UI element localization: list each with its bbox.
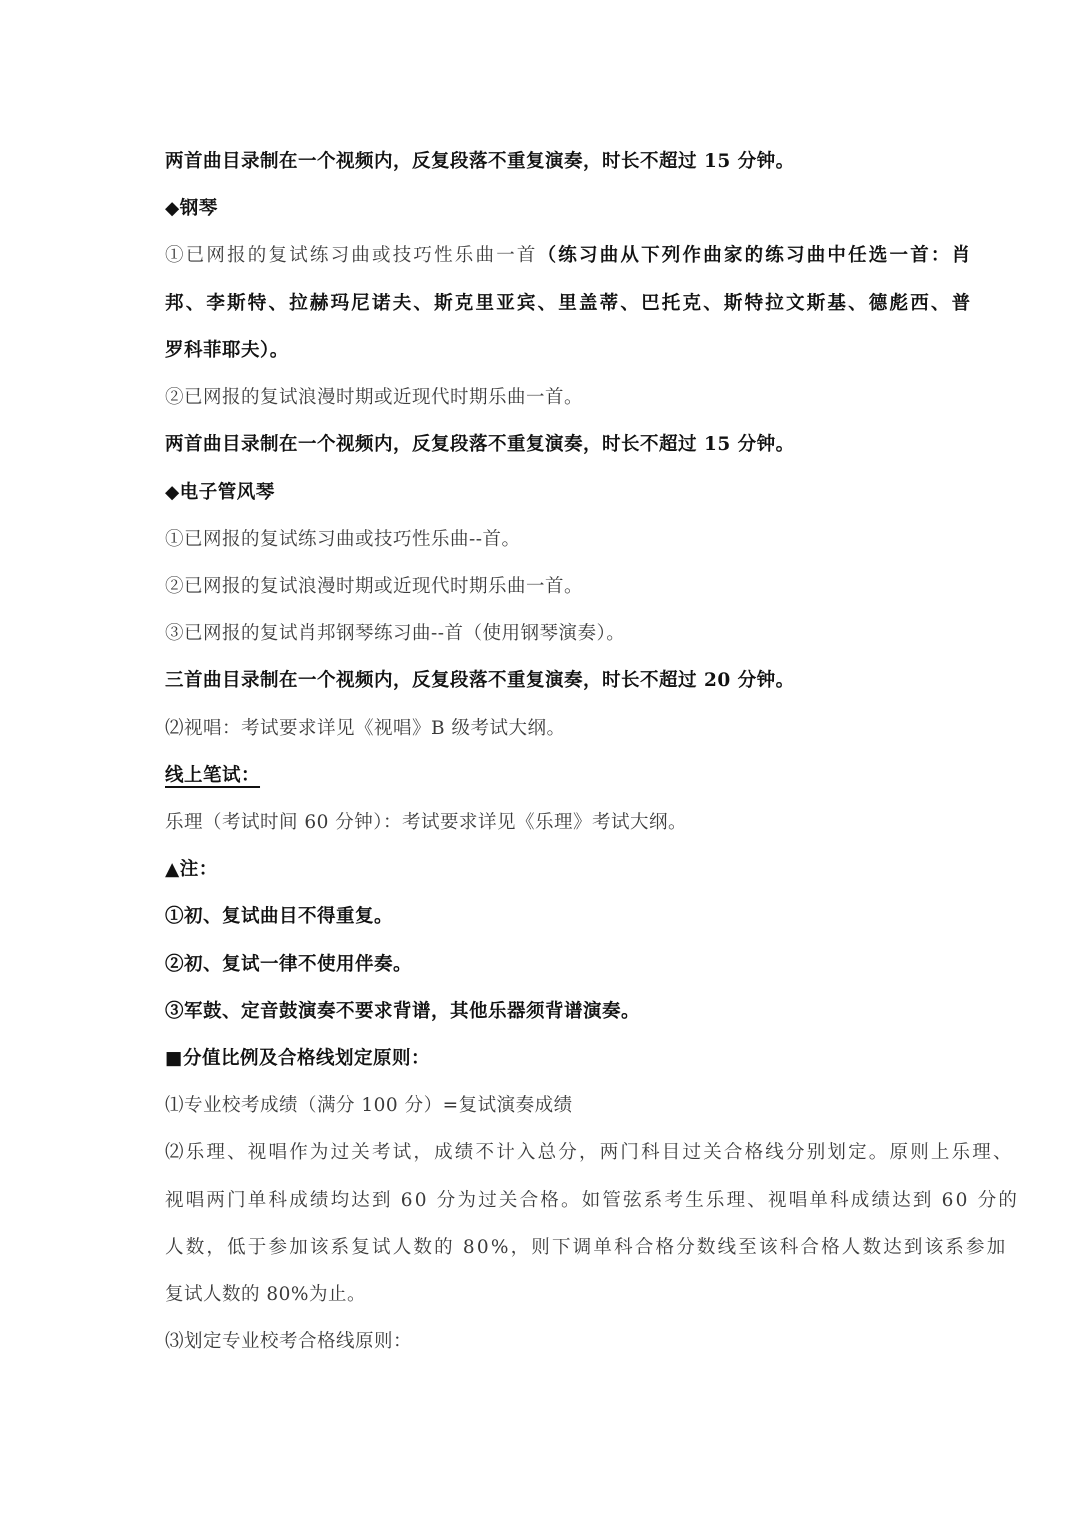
- organ-duration-note: 三首曲目录制在一个视频内，反复段落不重复演奏，时长不超过 20 分钟。: [165, 669, 925, 693]
- scoring-rule-2-line-2: 视唱两门单科成绩均达到 60 分为过关合格。如管弦系考生乐理、视唱单科成绩达到 …: [165, 1189, 925, 1213]
- piano-composers-list: 邦、李斯特、拉赫玛尼诺夫、斯克里亚宾、里盖蒂、巴托克、斯特拉文斯基、德彪西、普: [165, 292, 925, 316]
- piano-duration-note-2: 两首曲目录制在一个视频内，反复段落不重复演奏，时长不超过 15 分钟。: [165, 433, 925, 457]
- scoring-principles-heading: ■分值比例及合格线划定原则：: [165, 1047, 925, 1071]
- section-heading-piano: ◆钢琴: [165, 197, 925, 221]
- scoring-rule-1: ⑴专业校考成绩（满分 100 分）=复试演奏成绩: [165, 1094, 925, 1118]
- piano-composers-list-end: 罗科菲耶夫）。: [165, 339, 925, 363]
- scoring-rule-2-line-4: 复试人数的 80%为止。: [165, 1283, 925, 1307]
- piano-item-2: ②已网报的复试浪漫时期或近现代时期乐曲一首。: [165, 386, 925, 410]
- scoring-rule-2-line-3: 人数，低于参加该系复试人数的 80%，则下调单科合格分数线至该科合格人数达到该系…: [165, 1236, 925, 1260]
- scoring-rule-3: ⑶划定专业校考合格线原则：: [165, 1330, 925, 1354]
- organ-item-3: ③已网报的复试肖邦钢琴练习曲--首（使用钢琴演奏）。: [165, 622, 925, 646]
- online-written-exam-heading: 线上笔试：: [165, 764, 260, 788]
- scoring-rule-2-line-1: ⑵乐理、视唱作为过关考试，成绩不计入总分，两门科目过关合格线分别划定。原则上乐理…: [165, 1141, 925, 1165]
- notes-heading: ▲注：: [165, 858, 925, 882]
- piano-duration-note-1: 两首曲目录制在一个视频内，反复段落不重复演奏，时长不超过 15 分钟。: [165, 150, 925, 174]
- piano-item-1-composers-intro: （练习曲从下列作曲家的练习曲中任选一首：肖: [538, 245, 973, 266]
- note-2: ②初、复试一律不使用伴奏。: [165, 953, 925, 977]
- note-1: ①初、复试曲目不得重复。: [165, 905, 925, 929]
- note-3: ③军鼓、定音鼓演奏不要求背谱，其他乐器须背谱演奏。: [165, 1000, 925, 1024]
- section-heading-organ: ◆电子管风琴: [165, 481, 925, 505]
- music-theory-requirement: 乐理（考试时间 60 分钟）：考试要求详见《乐理》考试大纲。: [165, 811, 925, 835]
- sight-singing-requirement: ⑵视唱：考试要求详见《视唱》B 级考试大纲。: [165, 717, 925, 741]
- piano-item-1: ①已网报的复试练习曲或技巧性乐曲一首（练习曲从下列作曲家的练习曲中任选一首：肖: [165, 244, 925, 268]
- organ-item-1: ①已网报的复试练习曲或技巧性乐曲--首。: [165, 528, 925, 552]
- document-page: 两首曲目录制在一个视频内，反复段落不重复演奏，时长不超过 15 分钟。 ◆钢琴 …: [0, 0, 1080, 1527]
- organ-item-2: ②已网报的复试浪漫时期或近现代时期乐曲一首。: [165, 575, 925, 599]
- piano-item-1-main: ①已网报的复试练习曲或技巧性乐曲一首: [165, 245, 538, 266]
